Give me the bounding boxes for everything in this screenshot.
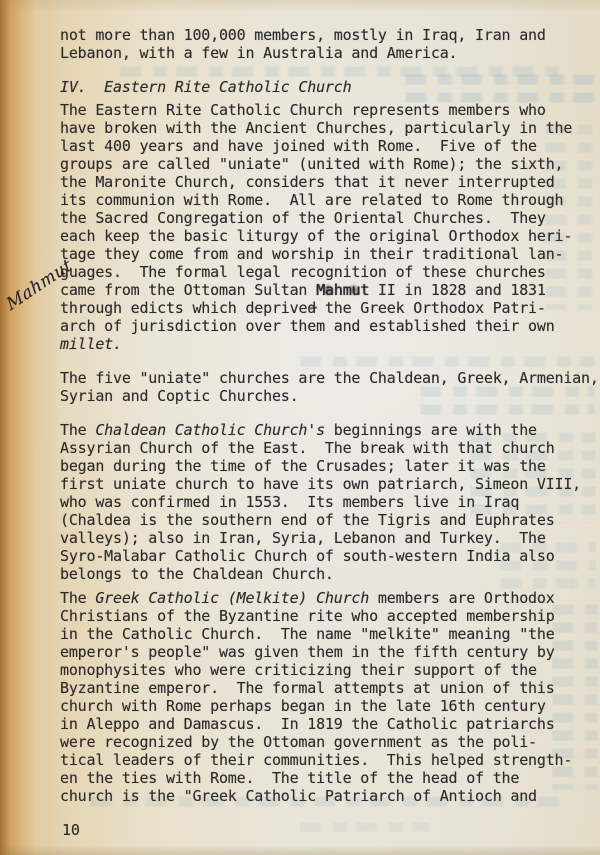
- paragraph-text: beginnings are with the Assyrian Church …: [60, 421, 581, 583]
- italic-church-name-chaldean: Chaldean Catholic Church's: [95, 421, 325, 439]
- italic-church-name-melkite: Greek Catholic (Melkite) Church: [95, 589, 369, 607]
- page-top-edge-shade: [0, 0, 600, 12]
- section-heading: IV. Eastern Rite Catholic Church: [60, 78, 600, 96]
- intro-paragraph: not more than 100,000 members, mostly in…: [60, 26, 600, 62]
- paragraph-uniate-list: The five "uniate" churches are the Chald…: [60, 369, 600, 405]
- paragraph-text: The Eastern Rite Catholic Church represe…: [60, 101, 572, 299]
- page-left-edge-shade: [0, 0, 60, 855]
- typewritten-text-block: not more than 100,000 members, mostly in…: [60, 26, 600, 839]
- scanned-page: Mahmut not more than 100,000 members, mo…: [0, 0, 600, 855]
- paragraph-text: The: [60, 421, 95, 439]
- page-spine-shadow: [0, 0, 10, 855]
- paragraph-chaldean: The Chaldean Catholic Church's beginning…: [60, 421, 600, 583]
- overtyped-word-mahmut: Mahmut: [316, 281, 369, 299]
- paragraph-text: members are Orthodox Christians of the B…: [60, 589, 572, 805]
- smudged-word-deprived: deprived: [245, 299, 316, 317]
- paragraph-text: The: [60, 589, 95, 607]
- paragraph-eastern-rite: The Eastern Rite Catholic Church represe…: [60, 101, 600, 353]
- paragraph-melkite: The Greek Catholic (Melkite) Church memb…: [60, 589, 600, 805]
- italic-word-millet: millet.: [60, 335, 122, 353]
- page-number: 10: [62, 821, 600, 839]
- page-bottom-edge-shade: [0, 845, 600, 855]
